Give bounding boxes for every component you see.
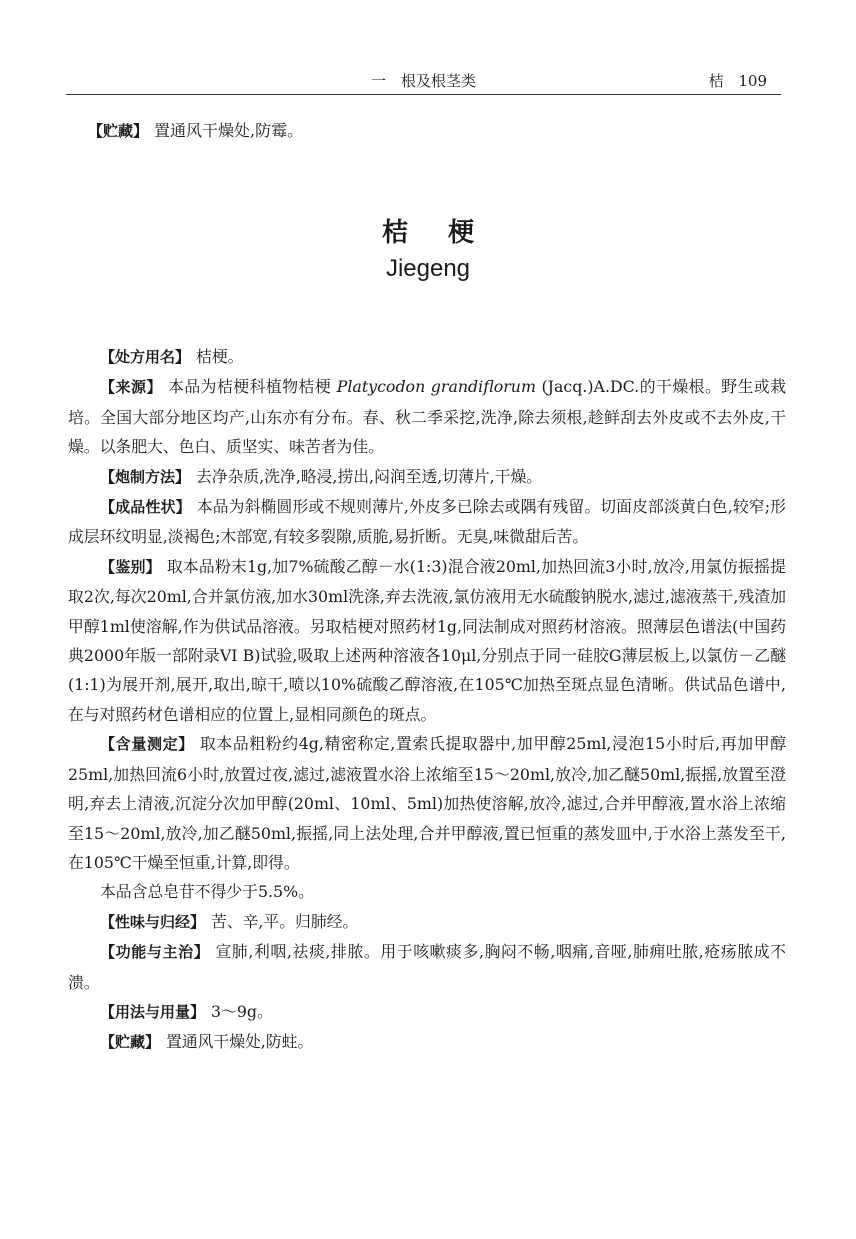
section-text: 取本品粗粉约4g,精密称定,置索氏提取器中,加甲醇25ml,浸泡15小时后,再加… [68,734,786,872]
section-label: 【含量测定】 [100,735,194,753]
section-text: 置通风干燥处,防蛀。 [166,1032,313,1051]
section-functions: 【功能与主治】宣肺,利咽,祛痰,排脓。用于咳嗽痰多,胸闷不畅,咽痛,音哑,肺痈吐… [68,937,786,997]
running-header: 一 根及根茎类 桔 109 [66,66,781,95]
section-text: 苦、辛,平。归肺经。 [211,912,358,931]
section-storage: 【贮藏】置通风干燥处,防蛀。 [68,1027,786,1057]
section-label: 【处方用名】 [100,348,190,366]
section-label: 【炮制方法】 [100,468,190,486]
entry-title-chinese: 桔梗 [0,212,856,249]
section-dosage: 【用法与用量】3～9g。 [68,997,786,1027]
section-label: 【鉴别】 [100,558,161,576]
section-identification: 【鉴别】取本品粉末1g,加7%硫酸乙醇－水(1:3)混合液20ml,加热回流3小… [68,552,786,729]
section-text: 去净杂质,洗净,略浸,捞出,闷润至透,切薄片,干燥。 [196,467,542,486]
header-entry: 桔 [709,72,724,90]
section-label: 【性味与归经】 [100,913,205,931]
section-label: 【贮藏】 [88,122,148,140]
section-text: 桔梗。 [196,347,243,366]
section-characteristics: 【成品性状】本品为斜椭圆形或不规则薄片,外皮多已除去或隅有残留。切面皮部淡黄白色… [68,492,786,552]
section-text: 本品为桔梗科植物桔梗 [168,377,337,396]
header-page-info: 桔 109 [709,70,767,91]
section-text: 置通风干燥处,防霉。 [154,121,303,140]
section-label: 【用法与用量】 [100,1003,205,1021]
section-source: 【来源】本品为桔梗科植物桔梗 Platycodon grandiflorum (… [68,372,786,461]
previous-entry-storage: 【贮藏】置通风干燥处,防霉。 [88,118,303,141]
section-assay-limit: 本品含总皂苷不得少于5.5%。 [68,877,786,906]
latin-name: Platycodon grandiflorum [337,377,536,396]
section-label: 【功能与主治】 [100,943,209,961]
section-processing: 【炮制方法】去净杂质,洗净,略浸,捞出,闷润至透,切薄片,干燥。 [68,462,786,492]
header-section-title: 一 根及根茎类 [66,70,781,91]
section-label: 【成品性状】 [100,498,191,516]
entry-title-pinyin: Jiegeng [0,255,856,283]
section-prescription-name: 【处方用名】桔梗。 [68,342,786,372]
page-number: 109 [738,72,767,90]
section-label: 【贮藏】 [100,1033,160,1051]
entry-body: 【处方用名】桔梗。 【来源】本品为桔梗科植物桔梗 Platycodon gran… [68,342,786,1058]
section-assay: 【含量测定】取本品粗粉约4g,精密称定,置索氏提取器中,加甲醇25ml,浸泡15… [68,729,786,877]
section-label: 【来源】 [100,378,162,396]
section-text: 取本品粉末1g,加7%硫酸乙醇－水(1:3)混合液20ml,加热回流3小时,放冷… [68,557,786,724]
section-text: 本品含总皂苷不得少于5.5%。 [100,882,314,901]
section-text: 3～9g。 [211,1002,273,1021]
section-nature-meridian: 【性味与归经】苦、辛,平。归肺经。 [68,907,786,937]
